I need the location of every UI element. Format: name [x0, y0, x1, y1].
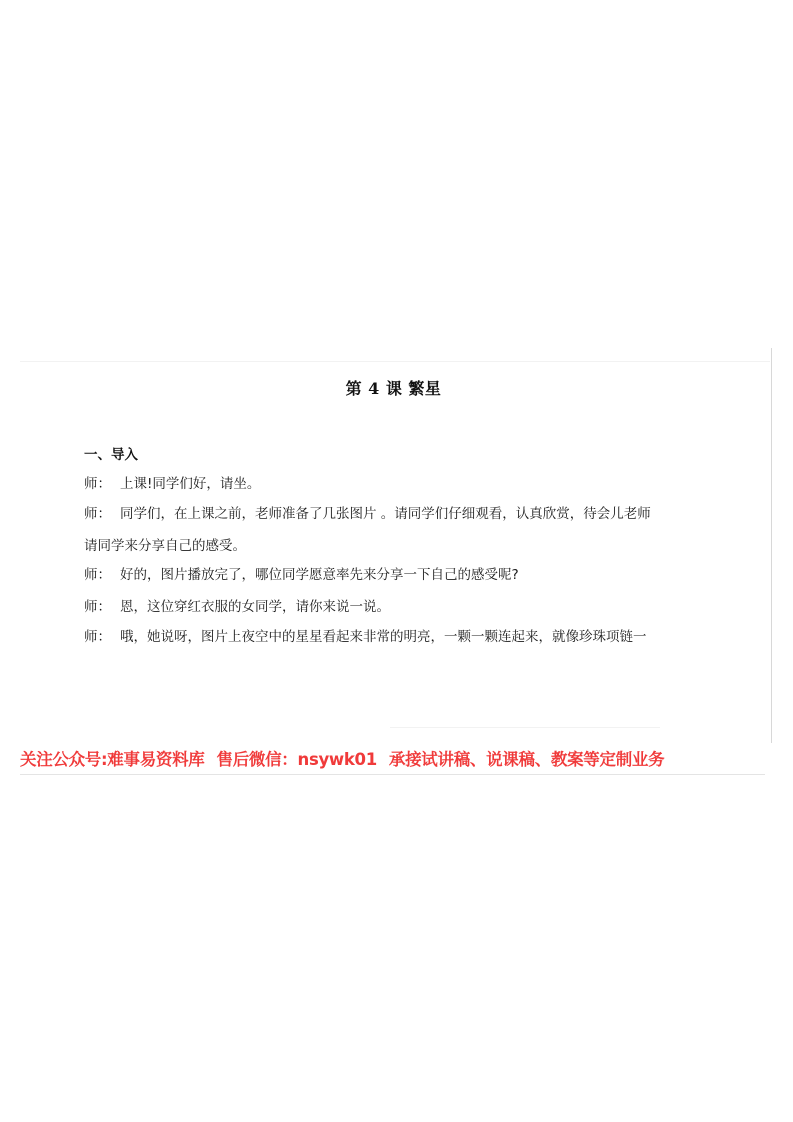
- banner-support-wechat: 售后微信：nsywk01: [217, 750, 377, 769]
- speaker-label: 师：: [84, 595, 120, 615]
- faint-divider: [390, 727, 660, 728]
- dialogue-line: 师：恩，这位穿红衣服的女同学，请你来说一说。: [84, 595, 390, 615]
- line-text: 请同学来分享自己的感受。: [84, 538, 246, 554]
- line-text: 上课!同学们好，请坐。: [120, 476, 260, 492]
- speaker-label: 师：: [84, 563, 120, 583]
- speaker-label: 师：: [84, 625, 120, 645]
- dialogue-line: 师：好的，图片播放完了，哪位同学愿意率先来分享一下自己的感受呢?: [84, 563, 519, 583]
- lesson-title: 第 4 课 繁星: [0, 376, 787, 399]
- page-edge: [771, 348, 772, 743]
- faint-divider: [20, 361, 770, 362]
- section-heading: 一、导入: [84, 443, 138, 463]
- line-text: 哦，她说呀，图片上夜空中的星星看起来非常的明亮，一颗一颗连起来，就像珍珠项链一: [120, 629, 647, 645]
- line-text: 恩，这位穿红衣服的女同学，请你来说一说。: [120, 599, 390, 615]
- banner-wechat-account: 关注公众号:难事易资料库: [20, 750, 205, 769]
- speaker-label: 师：: [84, 502, 120, 522]
- dialogue-line: 师：上课!同学们好，请坐。: [84, 472, 260, 492]
- document-page: 第 4 课 繁星 一、导入 师：上课!同学们好，请坐。 师：同学们，在上课之前，…: [0, 0, 793, 1122]
- line-text: 好的，图片播放完了，哪位同学愿意率先来分享一下自己的感受呢?: [120, 567, 519, 583]
- watermark-banner: 关注公众号:难事易资料库售后微信：nsywk01承接试讲稿、说课稿、教案等定制业…: [20, 748, 765, 775]
- dialogue-line: 师：同学们，在上课之前，老师准备了几张图片 。请同学们仔细观看，认真欣赏，待会儿…: [84, 502, 651, 522]
- dialogue-line: 师：哦，她说呀，图片上夜空中的星星看起来非常的明亮，一颗一颗连起来，就像珍珠项链…: [84, 625, 647, 645]
- speaker-label: 师：: [84, 472, 120, 492]
- line-text: 同学们，在上课之前，老师准备了几张图片 。请同学们仔细观看，认真欣赏，待会儿老师: [120, 506, 651, 522]
- banner-services: 承接试讲稿、说课稿、教案等定制业务: [389, 750, 664, 769]
- dialogue-line-continuation: 请同学来分享自己的感受。: [84, 534, 246, 554]
